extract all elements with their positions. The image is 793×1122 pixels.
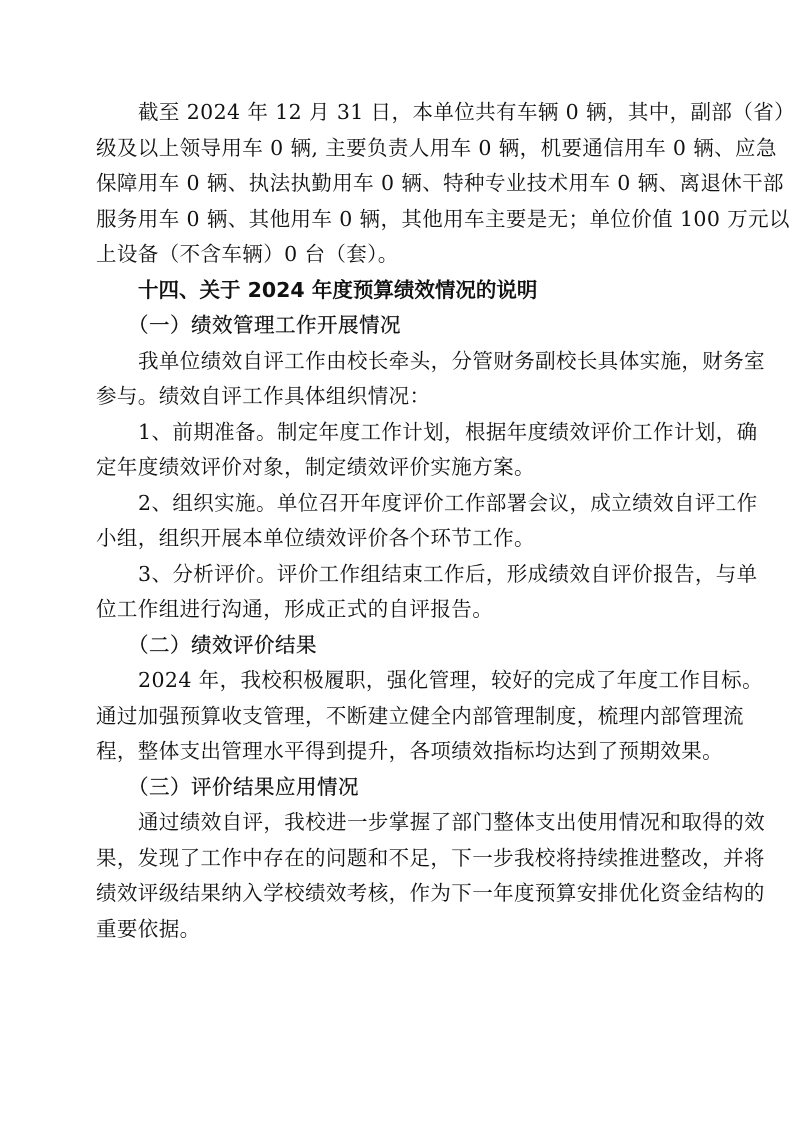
subsection-heading: （三）评价结果应用情况	[96, 770, 698, 806]
text-line: 3、分析评价。评价工作组结束工作后，形成绩效自评价报告，与单	[96, 557, 698, 593]
list-item-implementation: 2、组织实施。单位召开年度评价工作部署会议，成立绩效自评工作 小组，组织开展本单…	[96, 486, 698, 557]
text-line: 通过绩效自评，我校进一步掌握了部门整体支出使用情况和取得的效	[96, 805, 698, 841]
text-line: 参与。绩效自评工作具体组织情况：	[96, 379, 698, 415]
document-page: 截至 2024 年 12 月 31 日，本单位共有车辆 0 辆，其中，副部（省）…	[96, 95, 698, 947]
list-item-preparation: 1、前期准备。制定年度工作计划，根据年度绩效评价工作计划，确 定年度绩效评价对象…	[96, 415, 698, 486]
text-line: 通过加强预算收支管理，不断建立健全内部管理制度，梳理内部管理流	[96, 699, 698, 735]
text-line: 重要依据。	[96, 912, 698, 948]
subsection-heading: （二）绩效评价结果	[96, 628, 698, 664]
text-line: 1、前期准备。制定年度工作计划，根据年度绩效评价工作计划，确	[96, 415, 698, 451]
text-line: 服务用车 0 辆、其他用车 0 辆，其他用车主要是无；单位价值 100 万元以	[96, 202, 698, 238]
text-line: 小组，组织开展本单位绩效评价各个环节工作。	[96, 521, 698, 557]
text-line: 级及以上领导用车 0 辆, 主要负责人用车 0 辆，机要通信用车 0 辆、应急	[96, 131, 698, 167]
text-line: 上设备（不含车辆）0 台（套）。	[96, 237, 698, 273]
text-line: 位工作组进行沟通，形成正式的自评报告。	[96, 592, 698, 628]
text-line: 定年度绩效评价对象，制定绩效评价实施方案。	[96, 450, 698, 486]
paragraph-self-evaluation: 我单位绩效自评工作由校长牵头，分管财务副校长具体实施，财务室 参与。绩效自评工作…	[96, 344, 698, 415]
list-item-analysis: 3、分析评价。评价工作组结束工作后，形成绩效自评价报告，与单 位工作组进行沟通，…	[96, 557, 698, 628]
text-line: 2024 年，我校积极履职，强化管理，较好的完成了年度工作目标。	[96, 663, 698, 699]
subsection-heading: （一）绩效管理工作开展情况	[96, 308, 698, 344]
text-line: 果，发现了工作中存在的问题和不足，下一步我校将持续推进整改，并将	[96, 841, 698, 877]
section-heading: 十四、关于 2024 年度预算绩效情况的说明	[96, 273, 698, 309]
text-line: 2、组织实施。单位召开年度评价工作部署会议，成立绩效自评工作	[96, 486, 698, 522]
text-line: 绩效评级结果纳入学校绩效考核，作为下一年度预算安排优化资金结构的	[96, 876, 698, 912]
paragraph-results: 2024 年，我校积极履职，强化管理，较好的完成了年度工作目标。 通过加强预算收…	[96, 663, 698, 770]
text-line: 程，整体支出管理水平得到提升，各项绩效指标均达到了预期效果。	[96, 734, 698, 770]
paragraph-vehicles: 截至 2024 年 12 月 31 日，本单位共有车辆 0 辆，其中，副部（省）…	[96, 95, 698, 273]
paragraph-application: 通过绩效自评，我校进一步掌握了部门整体支出使用情况和取得的效 果，发现了工作中存…	[96, 805, 698, 947]
text-line: 截至 2024 年 12 月 31 日，本单位共有车辆 0 辆，其中，副部（省）	[96, 95, 698, 131]
text-line: 我单位绩效自评工作由校长牵头，分管财务副校长具体实施，财务室	[96, 344, 698, 380]
text-line: 保障用车 0 辆、执法执勤用车 0 辆、特种专业技术用车 0 辆、离退休干部	[96, 166, 698, 202]
